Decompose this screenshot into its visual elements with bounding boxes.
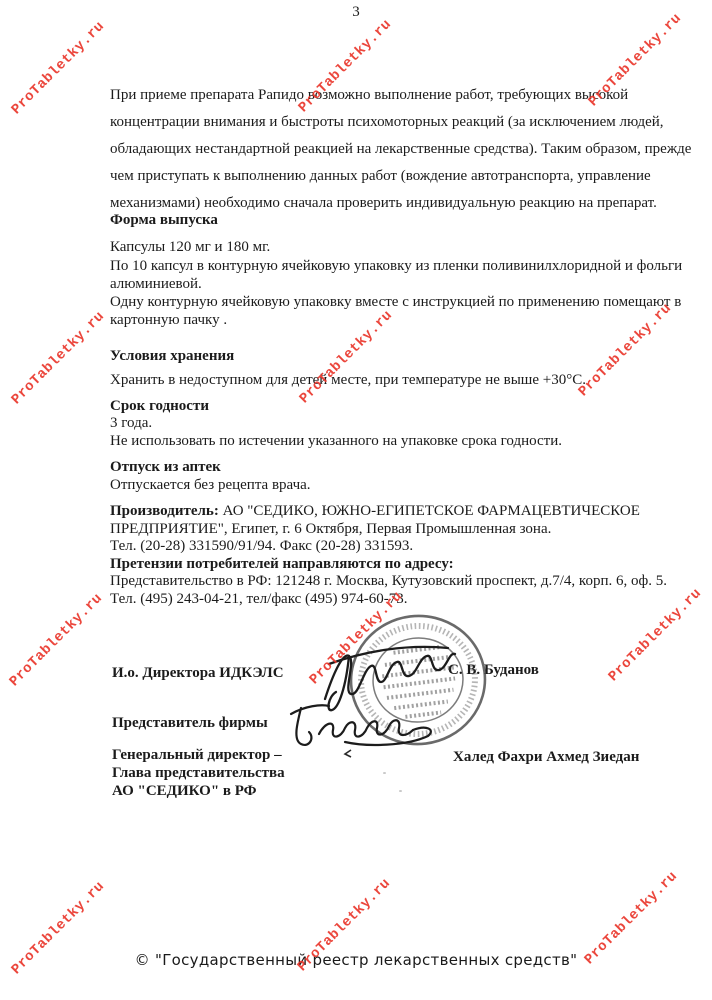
document-page: 3 При приеме препарата Рапидо возможно в… — [0, 0, 712, 1000]
scan-speck — [399, 790, 402, 792]
text-line: алюминиевой. — [110, 275, 682, 293]
page-number: 3 — [0, 4, 712, 20]
manufacturer-label: Производитель: — [110, 503, 219, 519]
dose-line: Капсулы 120 мг и 180 мг. — [110, 238, 270, 256]
text-line: 3 года. — [110, 414, 562, 432]
text-line: Тел. (20-28) 331590/91/94. Факс (20-28) … — [110, 538, 667, 556]
scan-artifact-mark — [345, 750, 351, 757]
dispensing-text: Отпускается без рецепта врача. — [110, 476, 311, 494]
text-line: Одну контурную ячейковую упаковку вместе… — [110, 293, 682, 311]
text-line: Представительство в РФ: 121248 г. Москва… — [110, 573, 667, 591]
director-signature — [325, 647, 455, 710]
firm-representative-label: Представитель фирмы — [112, 714, 268, 732]
text-line: Не использовать по истечении указанного … — [110, 432, 562, 450]
heading-storage: Условия хранения — [110, 347, 234, 365]
shelf-life-paragraph: 3 года. Не использовать по истечении ука… — [110, 414, 562, 450]
manufacturer-name: АО "СЕДИКО, ЮЖНО-ЕГИПЕТСКОЕ ФАРМАЦЕВТИЧЕ… — [219, 503, 640, 519]
text-line: По 10 капсул в контурную ячейковую упако… — [110, 257, 682, 275]
scan-speck — [383, 772, 386, 774]
general-director-label: Генеральный директор – Глава представите… — [112, 746, 285, 800]
text-line: концентрации внимания и быстроты психомо… — [110, 109, 691, 136]
heading-dispensing: Отпуск из аптек — [110, 458, 221, 476]
text-line: Глава представительства — [112, 764, 285, 782]
manufacturer-block: Производитель: АО "СЕДИКО, ЮЖНО-ЕГИПЕТСК… — [110, 503, 667, 608]
packaging-paragraph: По 10 капсул в контурную ячейковую упако… — [110, 257, 682, 329]
representative-signature — [291, 705, 431, 745]
text-line: ПРЕДПРИЯТИЕ", Египет, г. 6 Октября, Перв… — [110, 521, 667, 539]
text-line: АО "СЕДИКО" в РФ — [112, 782, 285, 800]
heading-release-form: Форма выпуска — [110, 211, 218, 229]
watermark-text: ProTabletky.ru — [7, 591, 106, 690]
storage-text: Хранить в недоступном для детей месте, п… — [110, 371, 586, 389]
claims-label: Претензии потребителей направляются по а… — [110, 556, 667, 574]
footer-copyright: © "Государственный реестр лекарственных … — [0, 951, 712, 969]
text-line: чем приступать к выполнению данных работ… — [110, 163, 691, 190]
text-line: Генеральный директор – — [112, 746, 285, 764]
manufacturer-line: Производитель: АО "СЕДИКО, ЮЖНО-ЕГИПЕТСК… — [110, 503, 667, 521]
text-line: картонную пачку . — [110, 311, 682, 329]
text-line: обладающих нестандартной реакцией на лек… — [110, 136, 691, 163]
company-stamp-and-signatures — [285, 598, 495, 766]
watermark-text: ProTabletky.ru — [9, 309, 108, 408]
acting-director-label: И.о. Директора ИДКЭЛС — [112, 664, 284, 682]
heading-shelf-life: Срок годности — [110, 397, 209, 415]
text-line: При приеме препарата Рапидо возможно вып… — [110, 82, 691, 109]
intro-paragraph: При приеме препарата Рапидо возможно вып… — [110, 82, 691, 217]
watermark-text: ProTabletky.ru — [9, 19, 108, 118]
